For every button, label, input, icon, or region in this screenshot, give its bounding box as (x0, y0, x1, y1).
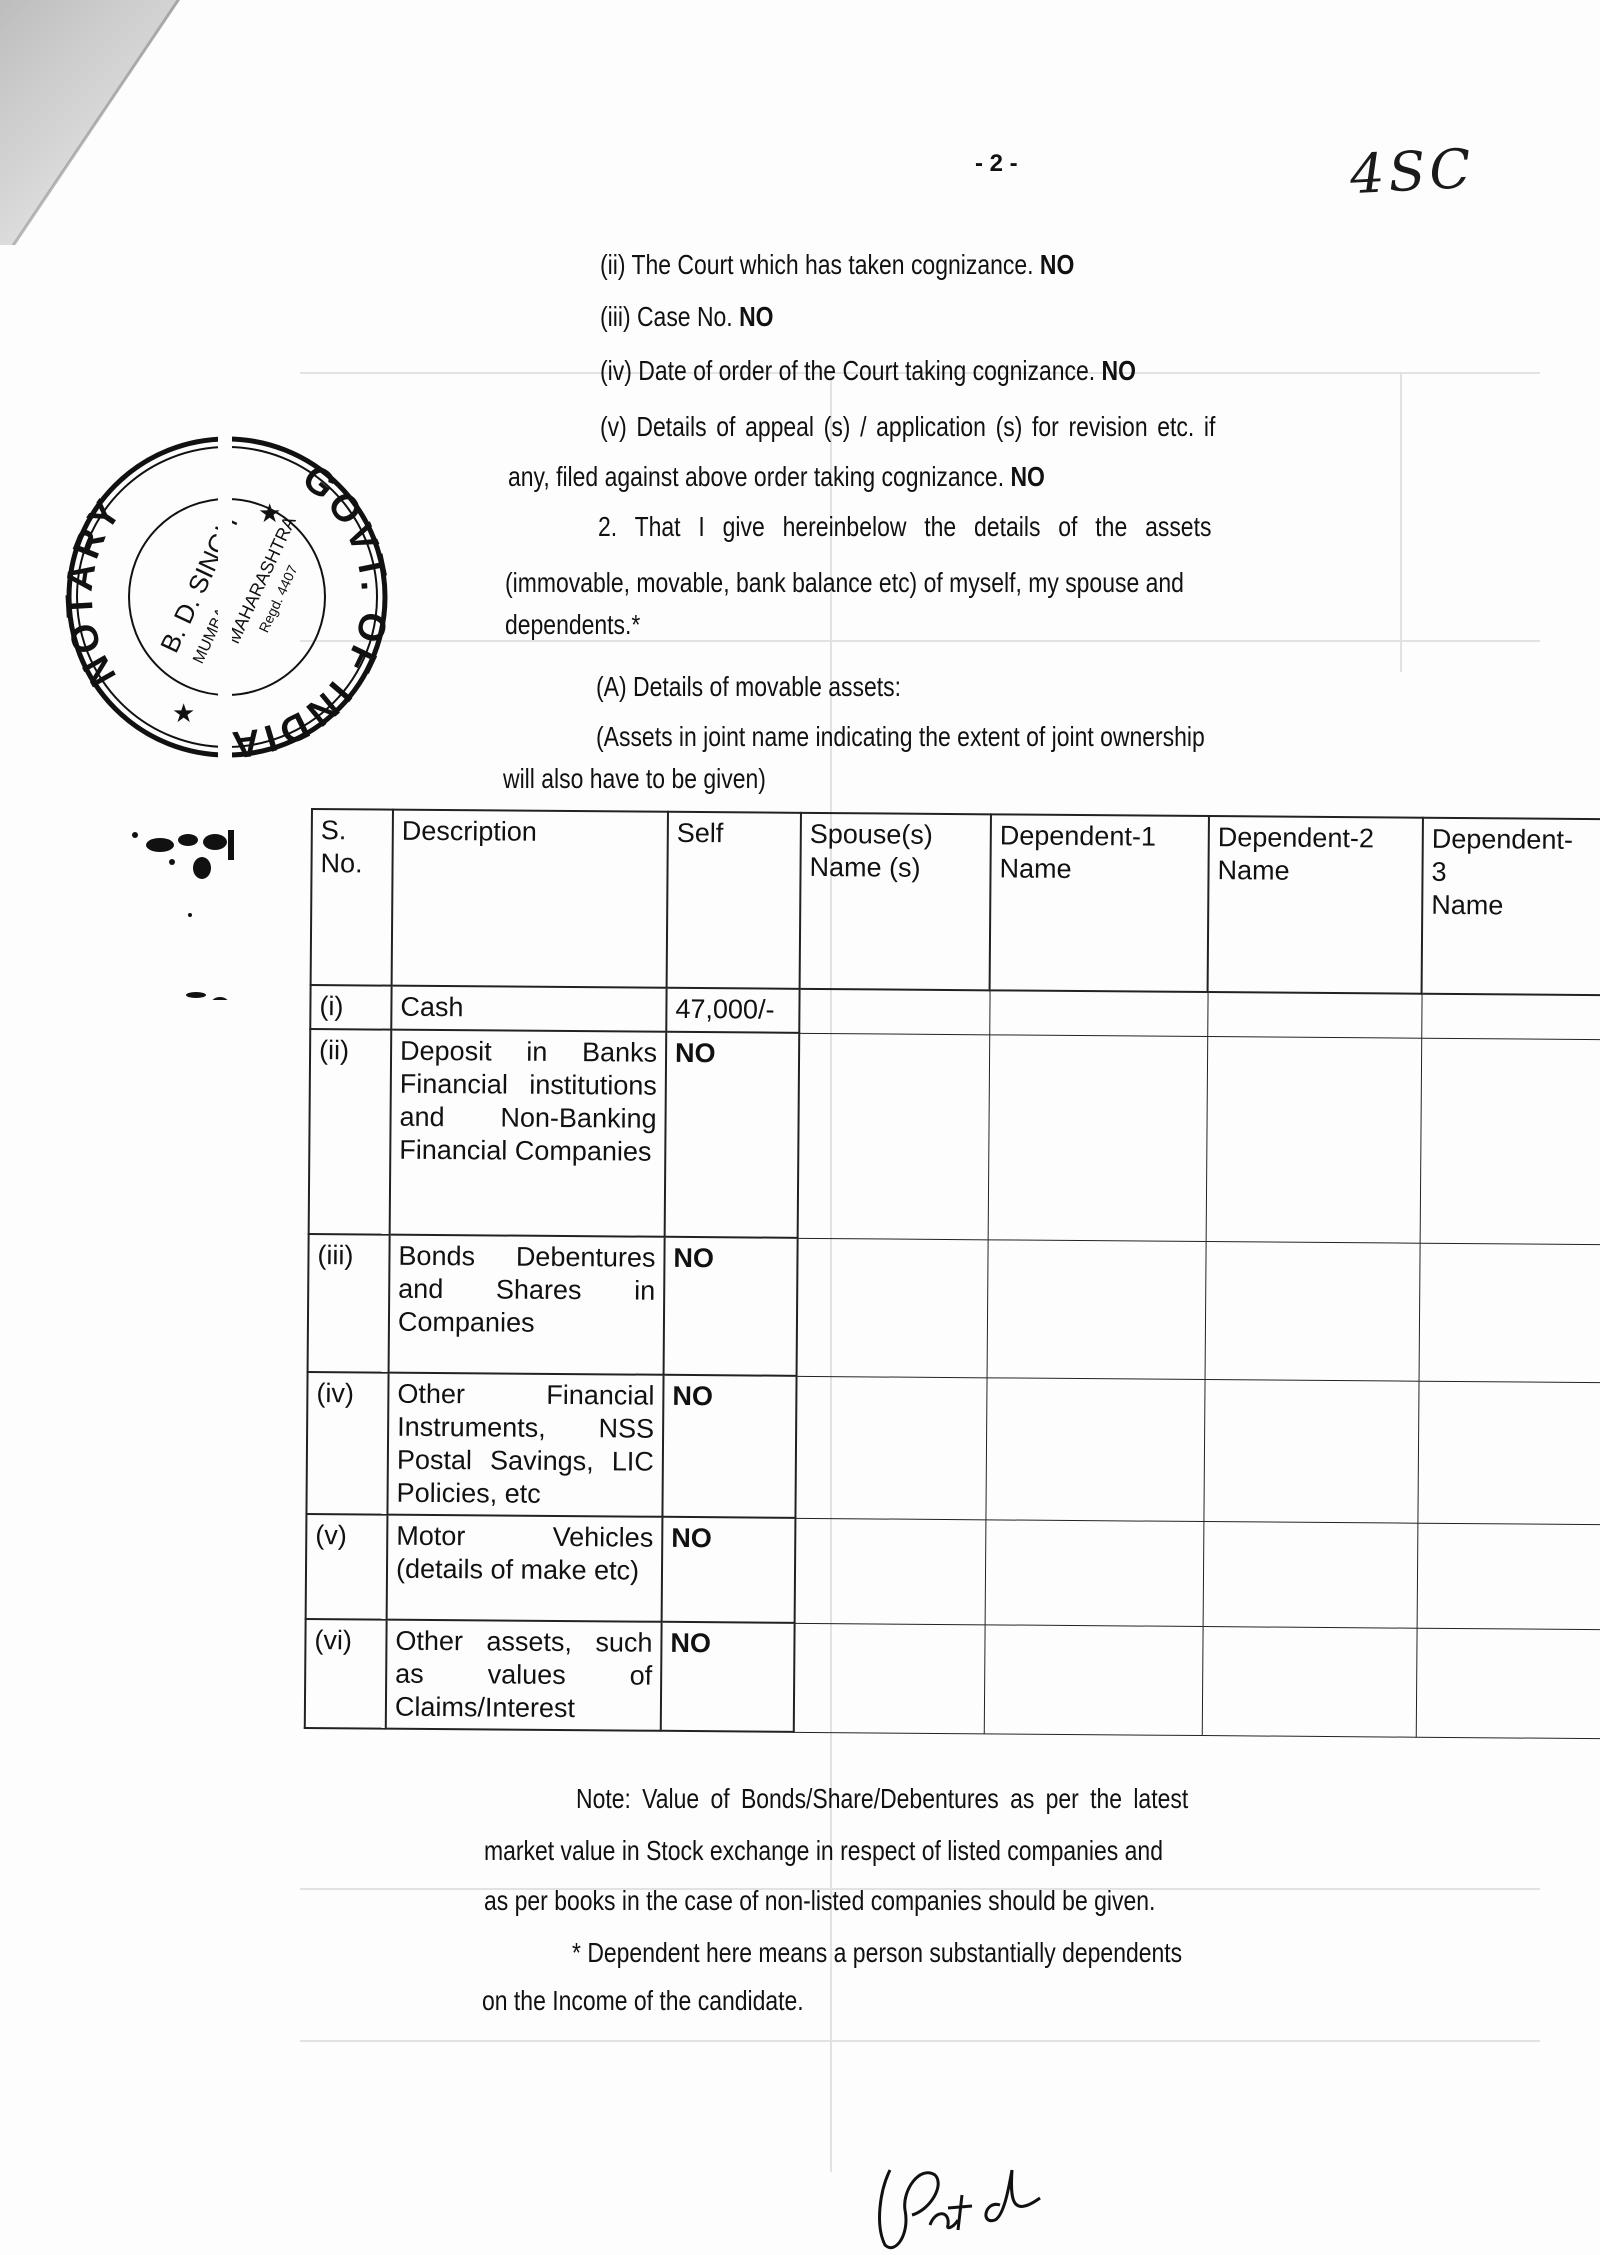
header-text: Spouse(s) (810, 818, 982, 852)
cell-dependent-2 (1203, 1379, 1418, 1523)
cell-spouse (795, 1376, 986, 1519)
cell-dependent-1 (985, 1519, 1204, 1626)
cell-sno: (vi) (305, 1619, 387, 1729)
cell-dependent-2 (1206, 1036, 1422, 1243)
declaration-line-1: 2. That I give hereinbelow the details o… (598, 510, 1211, 544)
cell-dependent-1 (989, 990, 1207, 1036)
court-item-label: (iii) Case No. (600, 301, 733, 332)
cell-spouse (798, 1033, 990, 1239)
cell-sno: (ii) (309, 1029, 392, 1235)
header-text: Name (1217, 854, 1413, 889)
court-item-iii: (iii) Case No. NO (600, 300, 774, 334)
cell-sno: (v) (306, 1514, 388, 1620)
cell-description: Deposit in Banks Financial institutions … (390, 1030, 667, 1237)
cell-dependent-2 (1202, 1626, 1417, 1737)
assets-table: S. No. Description Self Spouse(s) Name (… (304, 808, 1600, 1739)
signature: Patel (850, 2130, 1050, 2250)
table-row: (vi) Other assets, such as values of Cla… (305, 1619, 1600, 1738)
cell-description: Motor Vehicles (details of make etc) (387, 1515, 663, 1622)
court-item-answer: NO (1102, 355, 1136, 386)
header-dependent-1: Dependent-1 Name (990, 814, 1209, 992)
cell-dependent-2 (1205, 1241, 1420, 1381)
table-row: (iii) Bonds Debentures and Shares in Com… (308, 1234, 1600, 1382)
cell-dependent-3 (1416, 1628, 1600, 1738)
header-text: No. (320, 847, 383, 880)
cell-spouse (795, 1518, 986, 1624)
court-item-ii: (ii) The Court which has taken cognizanc… (600, 248, 1074, 282)
cell-spouse (794, 1623, 985, 1733)
cell-description: Bonds Debentures and Shares in Companies (389, 1235, 665, 1375)
cell-description: Other Financial Instruments, NSS Postal … (387, 1373, 663, 1517)
cell-sno: (i) (310, 985, 391, 1030)
cell-dependent-1 (988, 1034, 1208, 1241)
page-number: - 2 - (975, 150, 1018, 178)
header-text: Name (1431, 889, 1600, 923)
cell-self: NO (665, 1032, 800, 1238)
cell-description: Cash (391, 986, 666, 1032)
header-text: Dependent-2 (1218, 821, 1414, 856)
dependent-definition-line-2: on the Income of the candidate. (482, 1984, 804, 2018)
cell-dependent-1 (984, 1624, 1203, 1735)
star-icon: ★ (172, 698, 195, 728)
cell-description: Other assets, such as values of Claims/I… (386, 1620, 662, 1731)
cell-dependent-1 (987, 1239, 1206, 1379)
table-row: (ii) Deposit in Banks Financial institut… (309, 1029, 1600, 1244)
cell-self: 47,000/- (666, 988, 799, 1033)
cell-dependent-1 (985, 1377, 1204, 1521)
table-row: (v) Motor Vehicles (details of make etc)… (306, 1514, 1600, 1629)
cell-self: NO (662, 1375, 796, 1518)
footer-note-line-1: Note: Value of Bonds/Share/Debentures as… (576, 1782, 1188, 1816)
ghost-rule (300, 640, 1540, 642)
cell-spouse (799, 989, 989, 1034)
declaration-line-3: dependents.* (505, 608, 640, 642)
court-item-v-line2: any, filed against above order taking co… (508, 460, 1045, 494)
stamp-fold-gap (218, 430, 232, 770)
declaration-line-2: (immovable, movable, bank balance etc) o… (505, 566, 1184, 600)
cell-self: NO (664, 1237, 798, 1376)
cell-self: NO (662, 1517, 796, 1623)
court-item-v-line1: (v) Details of appeal (s) / application … (600, 410, 1572, 444)
header-dependent-2: Dependent-2 Name (1208, 816, 1423, 994)
court-item-label: any, filed against above order taking co… (508, 461, 1004, 492)
header-text: S. (321, 814, 384, 847)
court-item-answer: NO (1010, 461, 1044, 492)
cell-dependent-2 (1207, 992, 1421, 1038)
header-text: Dependent-1 (1000, 819, 1200, 854)
cell-dependent-3 (1419, 1243, 1600, 1382)
header-text: Dependent- (1432, 823, 1600, 857)
section-a-heading: (A) Details of movable assets: (596, 670, 901, 704)
court-item-iv: (iv) Date of order of the Court taking c… (600, 354, 1136, 388)
ink-blots (120, 800, 240, 1000)
court-item-answer: NO (1040, 249, 1074, 280)
table-header-row: S. No. Description Self Spouse(s) Name (… (311, 809, 1600, 995)
cell-sno: (iii) (308, 1234, 390, 1373)
header-dependent-3: Dependent- 3 Name (1422, 818, 1600, 995)
cell-self: NO (661, 1622, 795, 1732)
header-spouse: Spouse(s) Name (s) (800, 813, 991, 990)
table-row: (iv) Other Financial Instruments, NSS Po… (306, 1372, 1600, 1524)
handwritten-mark: 4SC (1348, 137, 1476, 206)
header-sno: S. No. (311, 809, 393, 986)
footer-note-line-3: as per books in the case of non-listed c… (484, 1884, 1155, 1918)
cell-dependent-3 (1417, 1381, 1600, 1524)
cell-dependent-2 (1203, 1521, 1418, 1628)
header-self: Self (667, 812, 801, 989)
cell-spouse (797, 1238, 988, 1377)
footer-note-line-2: market value in Stock exchange in respec… (484, 1834, 1163, 1868)
svg-text:NOTARY: NOTARY (62, 490, 131, 693)
header-text: Description (402, 815, 659, 850)
cell-dependent-3 (1421, 994, 1600, 1039)
header-text: Name (s) (809, 851, 981, 885)
header-text: 3 (1431, 856, 1600, 890)
section-a-note-line-2: will also have to be given) (503, 762, 766, 796)
cell-dependent-3 (1420, 1038, 1600, 1244)
stamp-outer-left: NOTARY (62, 490, 131, 693)
court-item-label: (iv) Date of order of the Court taking c… (600, 355, 1095, 386)
cell-sno: (iv) (306, 1372, 388, 1515)
cell-dependent-3 (1417, 1523, 1600, 1629)
header-text: Self (677, 817, 792, 851)
court-item-answer: NO (739, 301, 773, 332)
court-item-label: (ii) The Court which has taken cognizanc… (600, 249, 1033, 280)
header-text: Name (999, 852, 1199, 887)
dependent-definition-line-1: * Dependent here means a person substant… (572, 1936, 1182, 1970)
section-a-note-line-1: (Assets in joint name indicating the ext… (596, 720, 1205, 754)
ghost-rule (300, 2040, 1540, 2042)
header-description: Description (392, 810, 668, 988)
